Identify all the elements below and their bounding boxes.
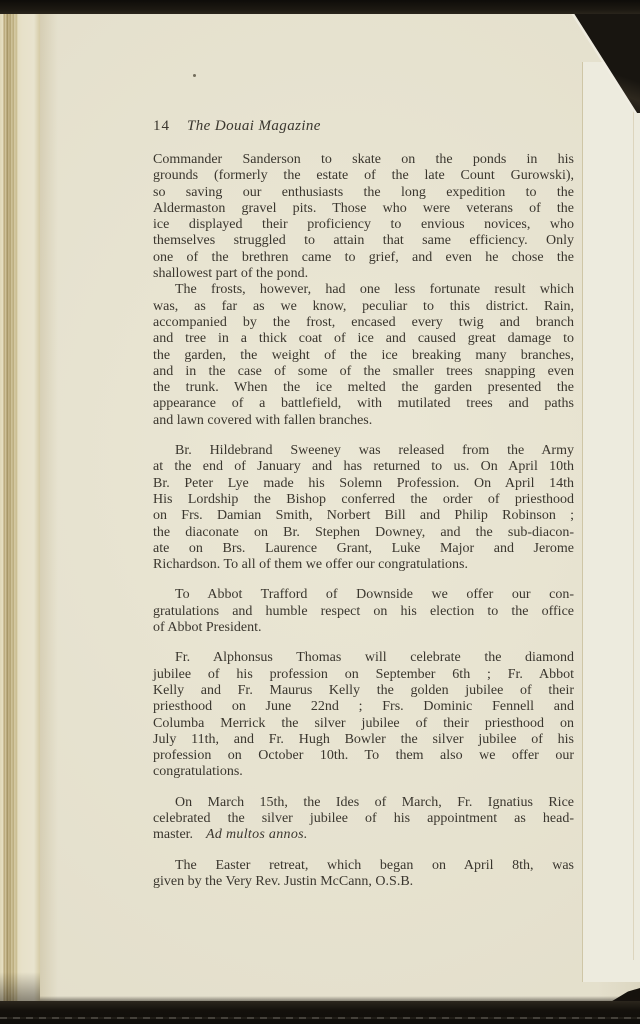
body-copy: Commander Sanderson to skate on the pond… [153,152,574,890]
text-line: Fr. Alphonsus Thomas will celebrate the … [153,650,574,666]
text-line: appearance of a battlefield, with mutila… [153,396,574,412]
text-line: given by the Very Rev. Justin McCann, O.… [153,874,574,890]
text-segment: master. [153,827,193,842]
fanned-page-edges [0,12,44,1002]
paragraph: Fr. Alphonsus Thomas will celebrate the … [153,650,574,780]
text-line: Commander Sanderson to skate on the pond… [153,152,574,168]
text-line: master.Ad multos annos. [153,827,574,843]
text-line: ice displayed their proficiency to envio… [153,217,574,233]
magazine-title: The Douai Magazine [187,118,321,134]
text-line: grounds (formerly the estate of the late… [153,168,574,184]
text-line: congratulations. [153,764,574,780]
text-line: On March 15th, the Ides of March, Fr. Ig… [153,795,574,811]
text-line: gratulations and humble respect on his e… [153,604,574,620]
paragraph: On March 15th, the Ides of March, Fr. Ig… [153,795,574,844]
text-line: was, as far as we know, peculiar to this… [153,299,574,315]
text-line: ate on Brs. Laurence Grant, Luke Major a… [153,541,574,557]
text-line: jubilee of his profession on September 6… [153,667,574,683]
text-line: and tree in a thick coat of ice and caus… [153,331,574,347]
text-line: so saving our enthusiasts the long exped… [153,185,574,201]
paragraph: Br. Hildebrand Sweeney was released from… [153,443,574,573]
running-header: 14The Douai Magazine [153,117,574,136]
text-line: the diaconate on Br. Stephen Downey, and… [153,525,574,541]
text-line: Br. Peter Lye made his Solemn Profession… [153,476,574,492]
text-line: at the end of January and has returned t… [153,459,574,475]
text-line: and in the case of some of the smaller t… [153,364,574,380]
text-line: His Lordship the Bishop conferred the or… [153,492,574,508]
page-edge-line [633,80,634,960]
text-line: Aldermaston gravel pits. Those who were … [153,201,574,217]
text-line: The Easter retreat, which began on April… [153,858,574,874]
text-line: Kelly and Fr. Maurus Kelly the golden ju… [153,683,574,699]
text-line: July 11th, and Fr. Hugh Bowler the silve… [153,732,574,748]
text-line: and lawn covered with fallen branches. [153,413,574,429]
text-line: celebrated the silver jubilee of his app… [153,811,574,827]
text-line: themselves struggled to attain that same… [153,233,574,249]
paragraph: The Easter retreat, which began on April… [153,858,574,891]
paragraph: To Abbot Trafford of Downside we offer o… [153,587,574,636]
text-line: the trunk. When the ice melted the garde… [153,380,574,396]
text-line: on Frs. Damian Smith, Norbert Bill and P… [153,508,574,524]
text-block: 14The Douai Magazine Commander Sanderson… [153,117,574,890]
text-line: The frosts, however, had one less fortun… [153,282,574,298]
paragraph: The frosts, however, had one less fortun… [153,282,574,429]
latin-phrase: Ad multos annos. [206,827,308,842]
text-line: Br. Hildebrand Sweeney was released from… [153,443,574,459]
text-line: one of the brethren came to grief, and e… [153,250,574,266]
book-photo: 14The Douai Magazine Commander Sanderson… [0,0,640,1024]
cover-bottom-band [0,1001,640,1024]
text-line: To Abbot Trafford of Downside we offer o… [153,587,574,603]
cover-stitch-line [0,1017,640,1019]
text-line: accompanied by the frost, encased every … [153,315,574,331]
ink-speck [193,74,196,77]
text-line: the garden, the weight of the ice breaki… [153,348,574,364]
text-line: of Abbot President. [153,620,574,636]
text-line: Richardson. To all of them we offer our … [153,557,574,573]
page-number: 14 [153,118,170,134]
text-line: Columba Merrick the silver jubilee of th… [153,716,574,732]
text-line: shallowest part of the pond. [153,266,574,282]
text-line: priesthood on June 22nd ; Frs. Dominic F… [153,699,574,715]
paragraph: Commander Sanderson to skate on the pond… [153,152,574,282]
text-line: profession on October 10th. To them also… [153,748,574,764]
under-page-edge [582,62,640,982]
cover-top-band [0,0,640,14]
